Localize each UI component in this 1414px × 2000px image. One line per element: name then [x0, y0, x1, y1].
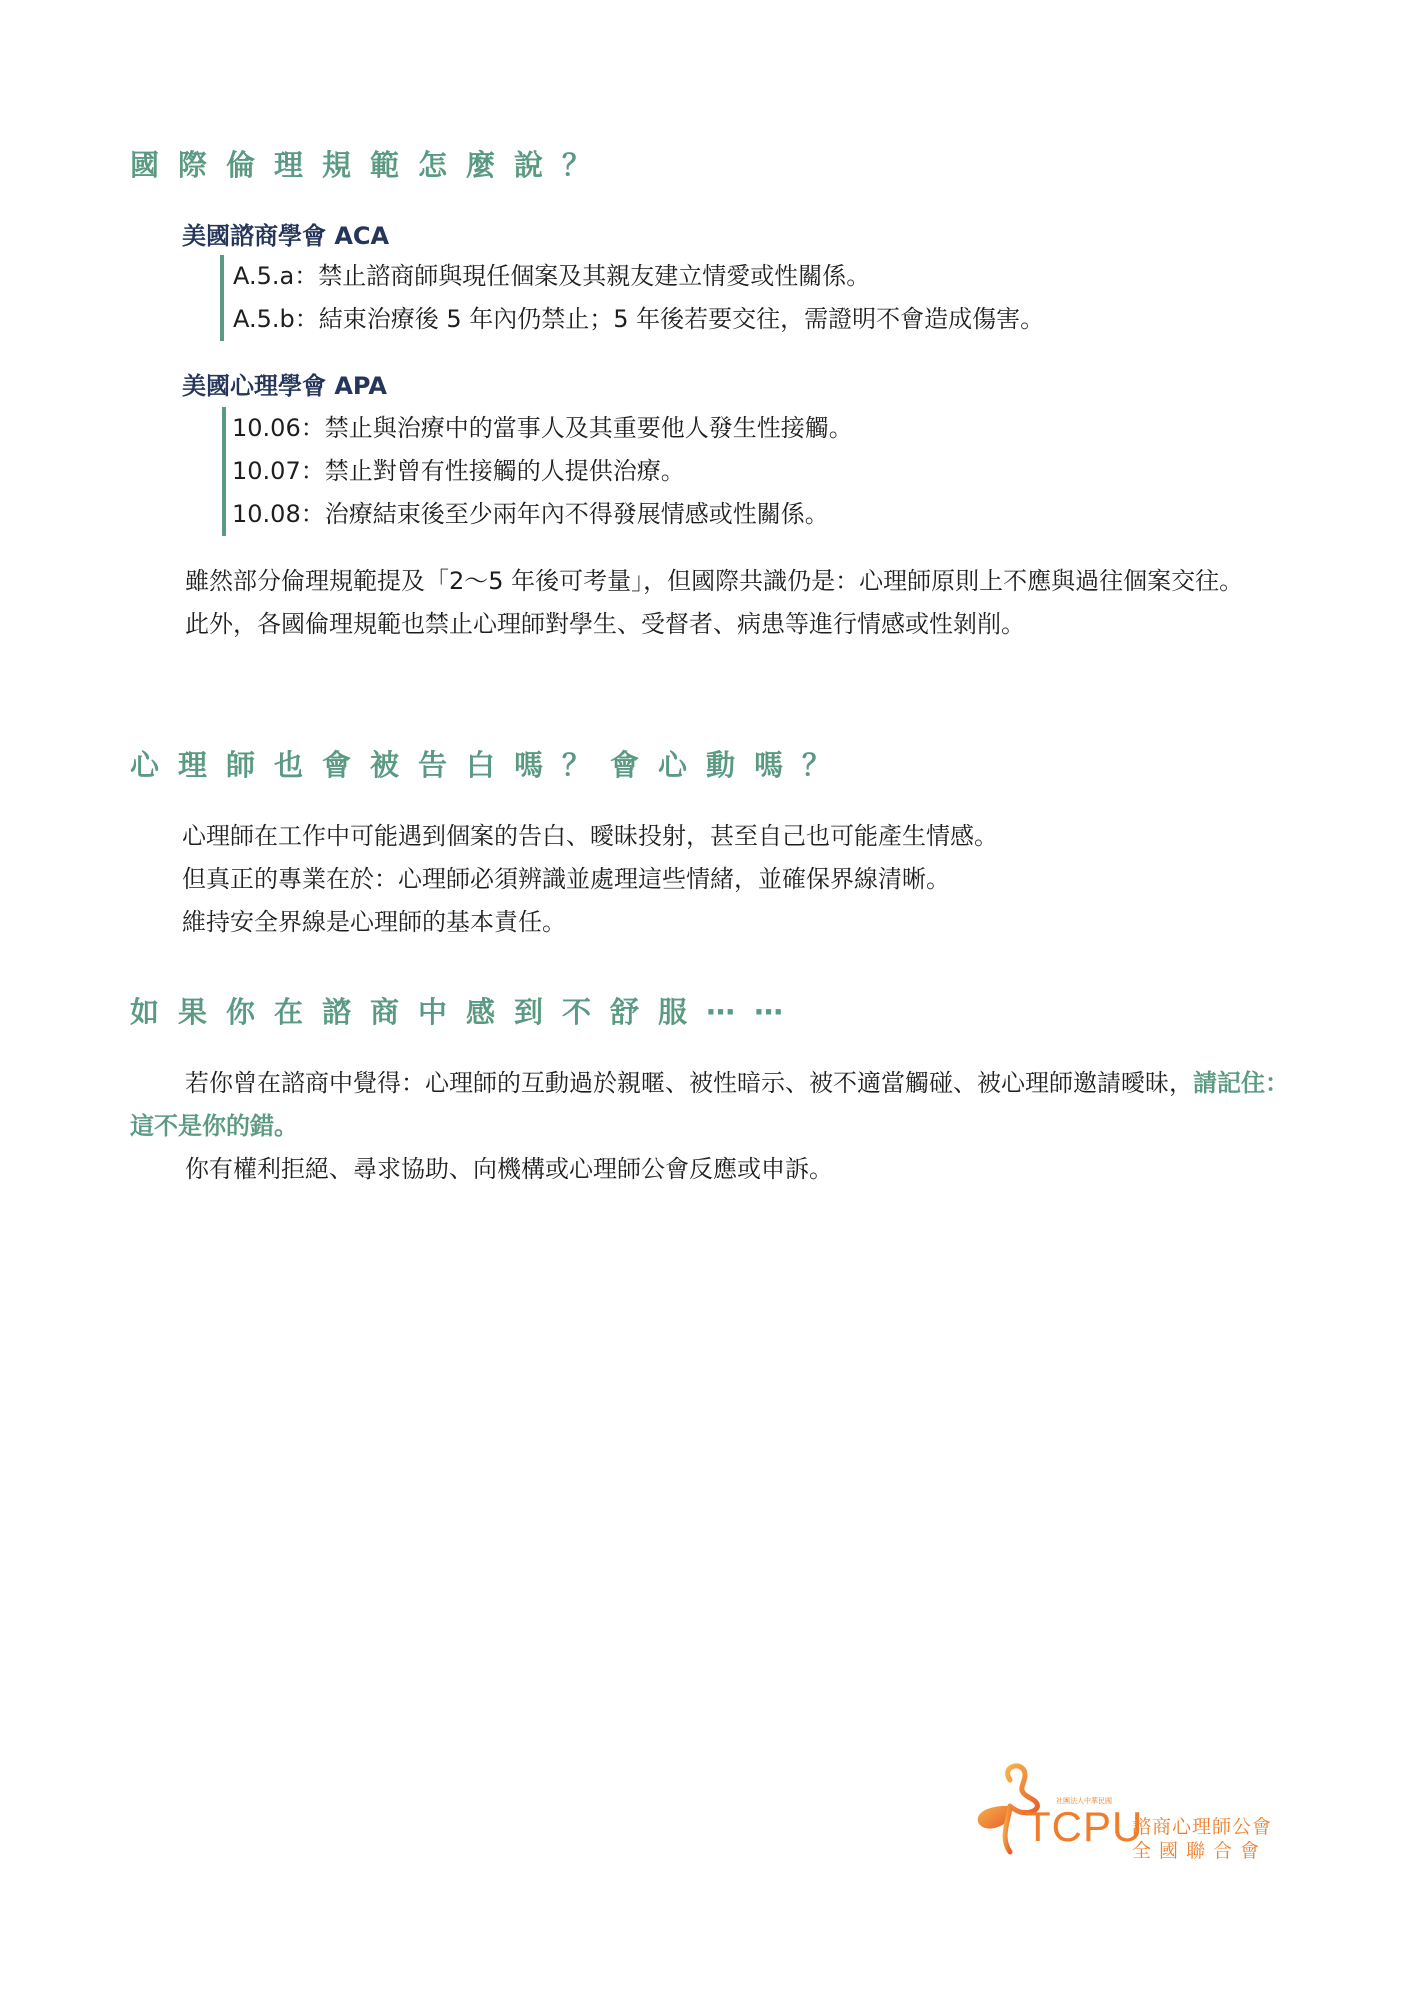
uncomfortable-paragraphs: 若你曾在諮商中覺得：心理師的互動過於親暱、被性暗示、被不適當觸碰、被心理師邀請曖… — [130, 1062, 1290, 1191]
section-heading-confession: 心理師也會被告白嗎？會心動嗎？ — [130, 743, 850, 784]
apa-rule: 10.07：禁止對曾有性接觸的人提供治療。 — [232, 450, 853, 493]
confession-line: 但真正的專業在於：心理師必須辨識並處理這些情緒，並確保界線清晰。 — [130, 858, 1290, 901]
aca-rule: A.5.b：結束治療後 5 年內仍禁止；5 年後若要交往，需證明不會造成傷害。 — [233, 298, 1044, 341]
logo-name-line1: 諮商心理師公會 — [1132, 1812, 1272, 1839]
international-paragraphs: 雖然部分倫理規範提及「2～5 年後可考量」，但國際共識仍是：心理師原則上不應與過… — [130, 560, 1290, 646]
tcpu-logo: 社團法人中華民國 TCPU 諮商心理師公會 全國聯合會 — [970, 1760, 1270, 1860]
consensus-paragraph: 雖然部分倫理規範提及「2～5 年後可考量」，但國際共識仍是：心理師原則上不應與過… — [130, 560, 1290, 603]
apa-rule: 10.08：治療結束後至少兩年內不得發展情感或性關係。 — [232, 493, 853, 536]
aca-rules-block: A.5.a：禁止諮商師與現任個案及其親友建立情愛或性關係。 A.5.b：結束治療… — [220, 255, 1044, 341]
exploitation-paragraph: 此外，各國倫理規範也禁止心理師對學生、受督者、病患等進行情感或性剝削。 — [130, 603, 1290, 646]
section-heading-international: 國際倫理規範怎麼說？ — [130, 143, 610, 184]
apa-rules-block: 10.06：禁止與治療中的當事人及其重要他人發生性接觸。 10.07：禁止對曾有… — [222, 407, 853, 536]
confession-line: 維持安全界線是心理師的基本責任。 — [130, 901, 1290, 944]
logo-acronym: TCPU — [1025, 1804, 1143, 1850]
aca-subheading: 美國諮商學會 ACA — [182, 216, 389, 251]
confession-line: 心理師在工作中可能遇到個案的告白、曖昧投射，甚至自己也可能產生情感。 — [130, 815, 1290, 858]
uncomfortable-text: 若你曾在諮商中覺得：心理師的互動過於親暱、被性暗示、被不適當觸碰、被心理師邀請曖… — [185, 1069, 1193, 1097]
aca-rule: A.5.a：禁止諮商師與現任個案及其親友建立情愛或性關係。 — [233, 255, 1044, 298]
rights-paragraph: 你有權利拒絕、尋求協助、向機構或心理師公會反應或申訴。 — [130, 1148, 1290, 1191]
uncomfortable-paragraph: 若你曾在諮商中覺得：心理師的互動過於親暱、被性暗示、被不適當觸碰、被心理師邀請曖… — [130, 1062, 1290, 1148]
confession-paragraphs: 心理師在工作中可能遇到個案的告白、曖昧投射，甚至自己也可能產生情感。 但真正的專… — [130, 815, 1290, 944]
apa-subheading: 美國心理學會 APA — [182, 366, 387, 401]
logo-name-line2: 全國聯合會 — [1132, 1836, 1267, 1863]
section-heading-uncomfortable: 如果你在諮商中感到不舒服⋯⋯ — [130, 990, 802, 1031]
apa-rule: 10.06：禁止與治療中的當事人及其重要他人發生性接觸。 — [232, 407, 853, 450]
